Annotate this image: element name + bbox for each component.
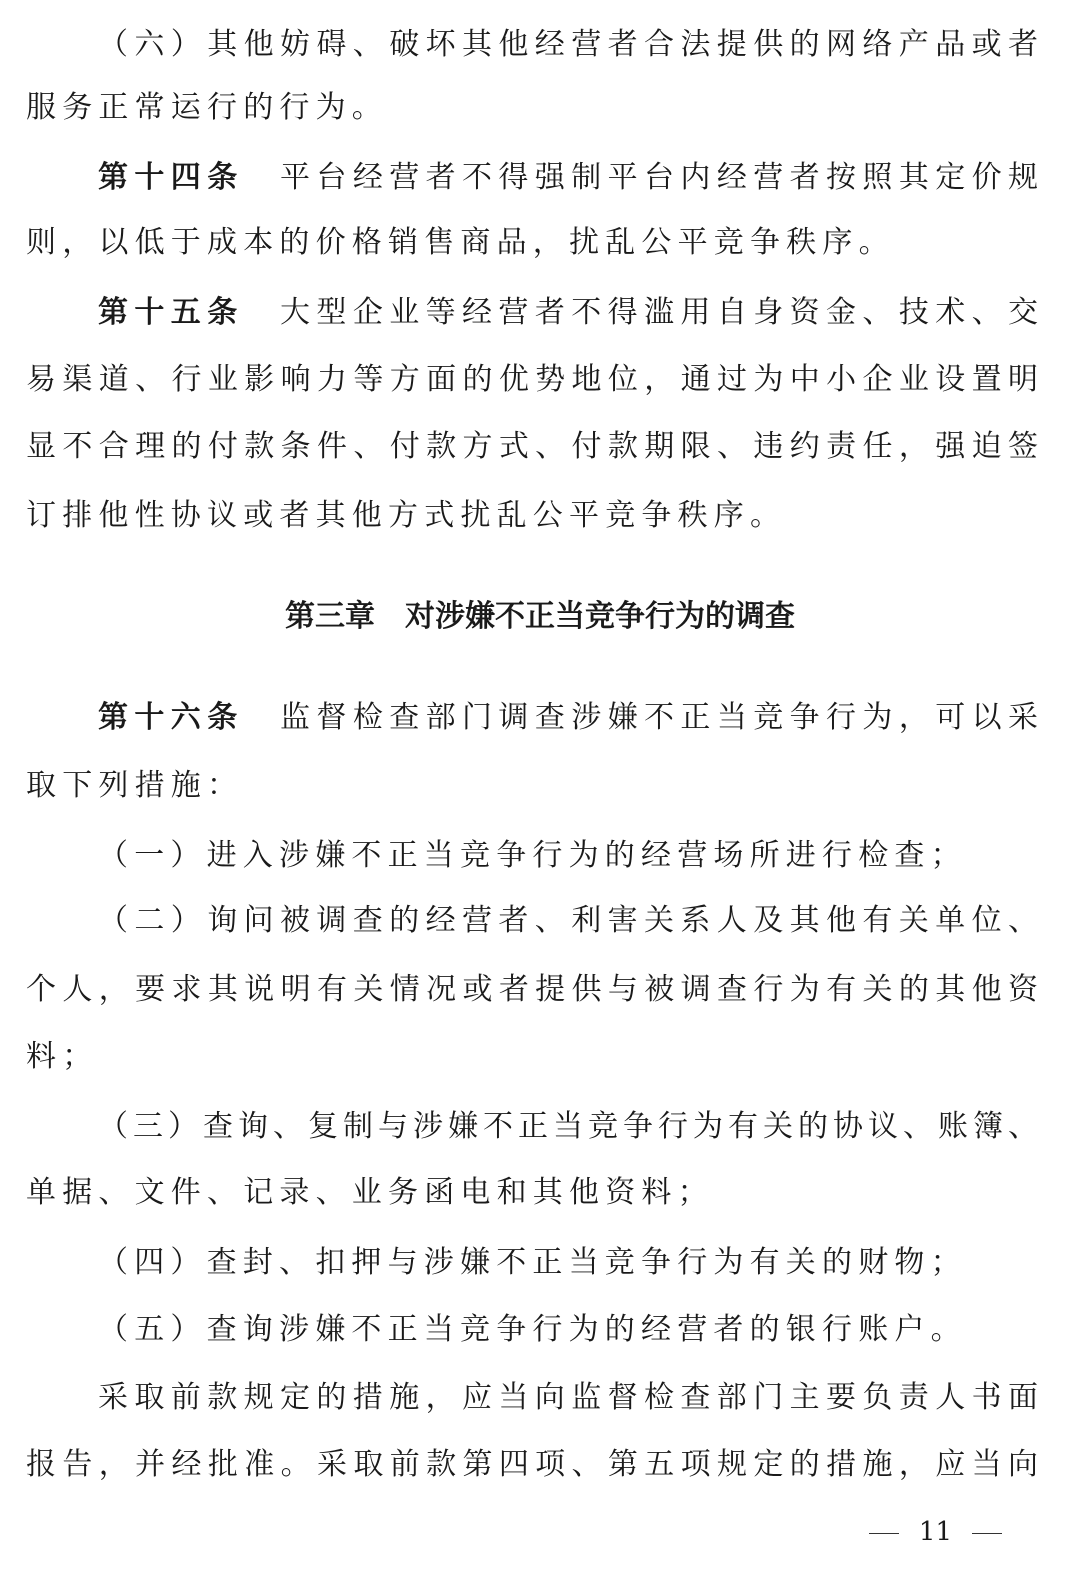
paragraph-line: （五）查询涉嫌不正当竞争行为的经营者的银行账户。 — [98, 1308, 1038, 1352]
line-text: 监督检查部门调查涉嫌不正当竞争行为，可以采 — [280, 700, 1038, 735]
paragraph-line: （四）查封、扣押与涉嫌不正当竞争行为有关的财物； — [98, 1241, 1038, 1285]
line-text: 取下列措施： — [26, 768, 243, 803]
line-text: 服务正常运行的行为。 — [26, 90, 388, 125]
line-text: （三）查询、复制与涉嫌不正当竞争行为有关的协议、账簿、 — [98, 1109, 1038, 1144]
line-text: 个人，要求其说明有关情况或者提供与被调查行为有关的其他资 — [26, 972, 1038, 1007]
paragraph-line: （三）查询、复制与涉嫌不正当竞争行为有关的协议、账簿、 — [98, 1105, 1038, 1149]
article-paragraph-line: 第十五条 大型企业等经营者不得滥用自身资金、技术、交 — [98, 291, 1038, 335]
chapter-heading: 第三章 对涉嫌不正当竞争行为的调查 — [0, 595, 1080, 639]
line-text: （四）查封、扣押与涉嫌不正当竞争行为有关的财物； — [98, 1245, 967, 1280]
line-text: （五）查询涉嫌不正当竞争行为的经营者的银行账户。 — [98, 1312, 967, 1347]
line-text: 报告，并经批准。采取前款第四项、第五项规定的措施，应当向 — [26, 1447, 1038, 1482]
article-paragraph-line: 第十四条 平台经营者不得强制平台内经营者按照其定价规 — [98, 156, 1038, 200]
paragraph-line: 易渠道、行业影响力等方面的优势地位，通过为中小企业设置明 — [26, 358, 1038, 402]
line-text: 单据、文件、记录、业务函电和其他资料； — [26, 1175, 714, 1210]
dash-right — [972, 1533, 1002, 1534]
article-spacer — [244, 160, 280, 195]
line-text: （六）其他妨碍、破坏其他经营者合法提供的网络产品或者 — [98, 27, 1038, 62]
line-text: 采取前款规定的措施，应当向监督检查部门主要负责人书面 — [98, 1380, 1038, 1415]
paragraph-line: 个人，要求其说明有关情况或者提供与被调查行为有关的其他资 — [26, 968, 1038, 1012]
paragraph-line: 则，以低于成本的价格销售商品，扰乱公平竞争秩序。 — [26, 221, 1038, 265]
page-number-footer: 11 — [0, 1512, 1080, 1552]
paragraph-line: 服务正常运行的行为。 — [26, 86, 1038, 130]
line-text: 则，以低于成本的价格销售商品，扰乱公平竞争秩序。 — [26, 225, 895, 260]
line-text: （二）询问被调查的经营者、利害关系人及其他有关单位、 — [98, 903, 1038, 938]
line-text: 订排他性协议或者其他方式扰乱公平竞争秩序。 — [26, 498, 786, 533]
paragraph-line: 订排他性协议或者其他方式扰乱公平竞争秩序。 — [26, 494, 1038, 538]
line-text: 大型企业等经营者不得滥用自身资金、技术、交 — [280, 295, 1038, 330]
line-text: 料； — [26, 1039, 98, 1074]
article-number: 第十四条 — [98, 160, 244, 195]
article-number: 第十五条 — [98, 295, 244, 330]
paragraph-line: 单据、文件、记录、业务函电和其他资料； — [26, 1171, 1038, 1215]
article-spacer — [244, 700, 280, 735]
page-number: 11 — [919, 1517, 952, 1547]
article-number: 第十六条 — [98, 700, 244, 735]
line-text: 平台经营者不得强制平台内经营者按照其定价规 — [280, 160, 1038, 195]
paragraph-line: 报告，并经批准。采取前款第四项、第五项规定的措施，应当向 — [26, 1443, 1038, 1487]
line-text: 易渠道、行业影响力等方面的优势地位，通过为中小企业设置明 — [26, 362, 1038, 397]
paragraph-line: 采取前款规定的措施，应当向监督检查部门主要负责人书面 — [98, 1376, 1038, 1420]
paragraph-line: （二）询问被调查的经营者、利害关系人及其他有关单位、 — [98, 899, 1038, 943]
dash-left — [869, 1533, 899, 1534]
paragraph-line: 显不合理的付款条件、付款方式、付款期限、违约责任，强迫签 — [26, 425, 1038, 469]
paragraph-line: （一）进入涉嫌不正当竞争行为的经营场所进行检查； — [98, 834, 1038, 878]
line-text: 显不合理的付款条件、付款方式、付款期限、违约责任，强迫签 — [26, 429, 1038, 464]
article-spacer — [244, 295, 280, 330]
paragraph-line: 取下列措施： — [26, 764, 1038, 808]
line-text: （一）进入涉嫌不正当竞争行为的经营场所进行检查； — [98, 838, 967, 873]
paragraph-line: （六）其他妨碍、破坏其他经营者合法提供的网络产品或者 — [98, 23, 1038, 67]
paragraph-line: 料； — [26, 1035, 1038, 1079]
article-paragraph-line: 第十六条 监督检查部门调查涉嫌不正当竞争行为，可以采 — [98, 696, 1038, 740]
